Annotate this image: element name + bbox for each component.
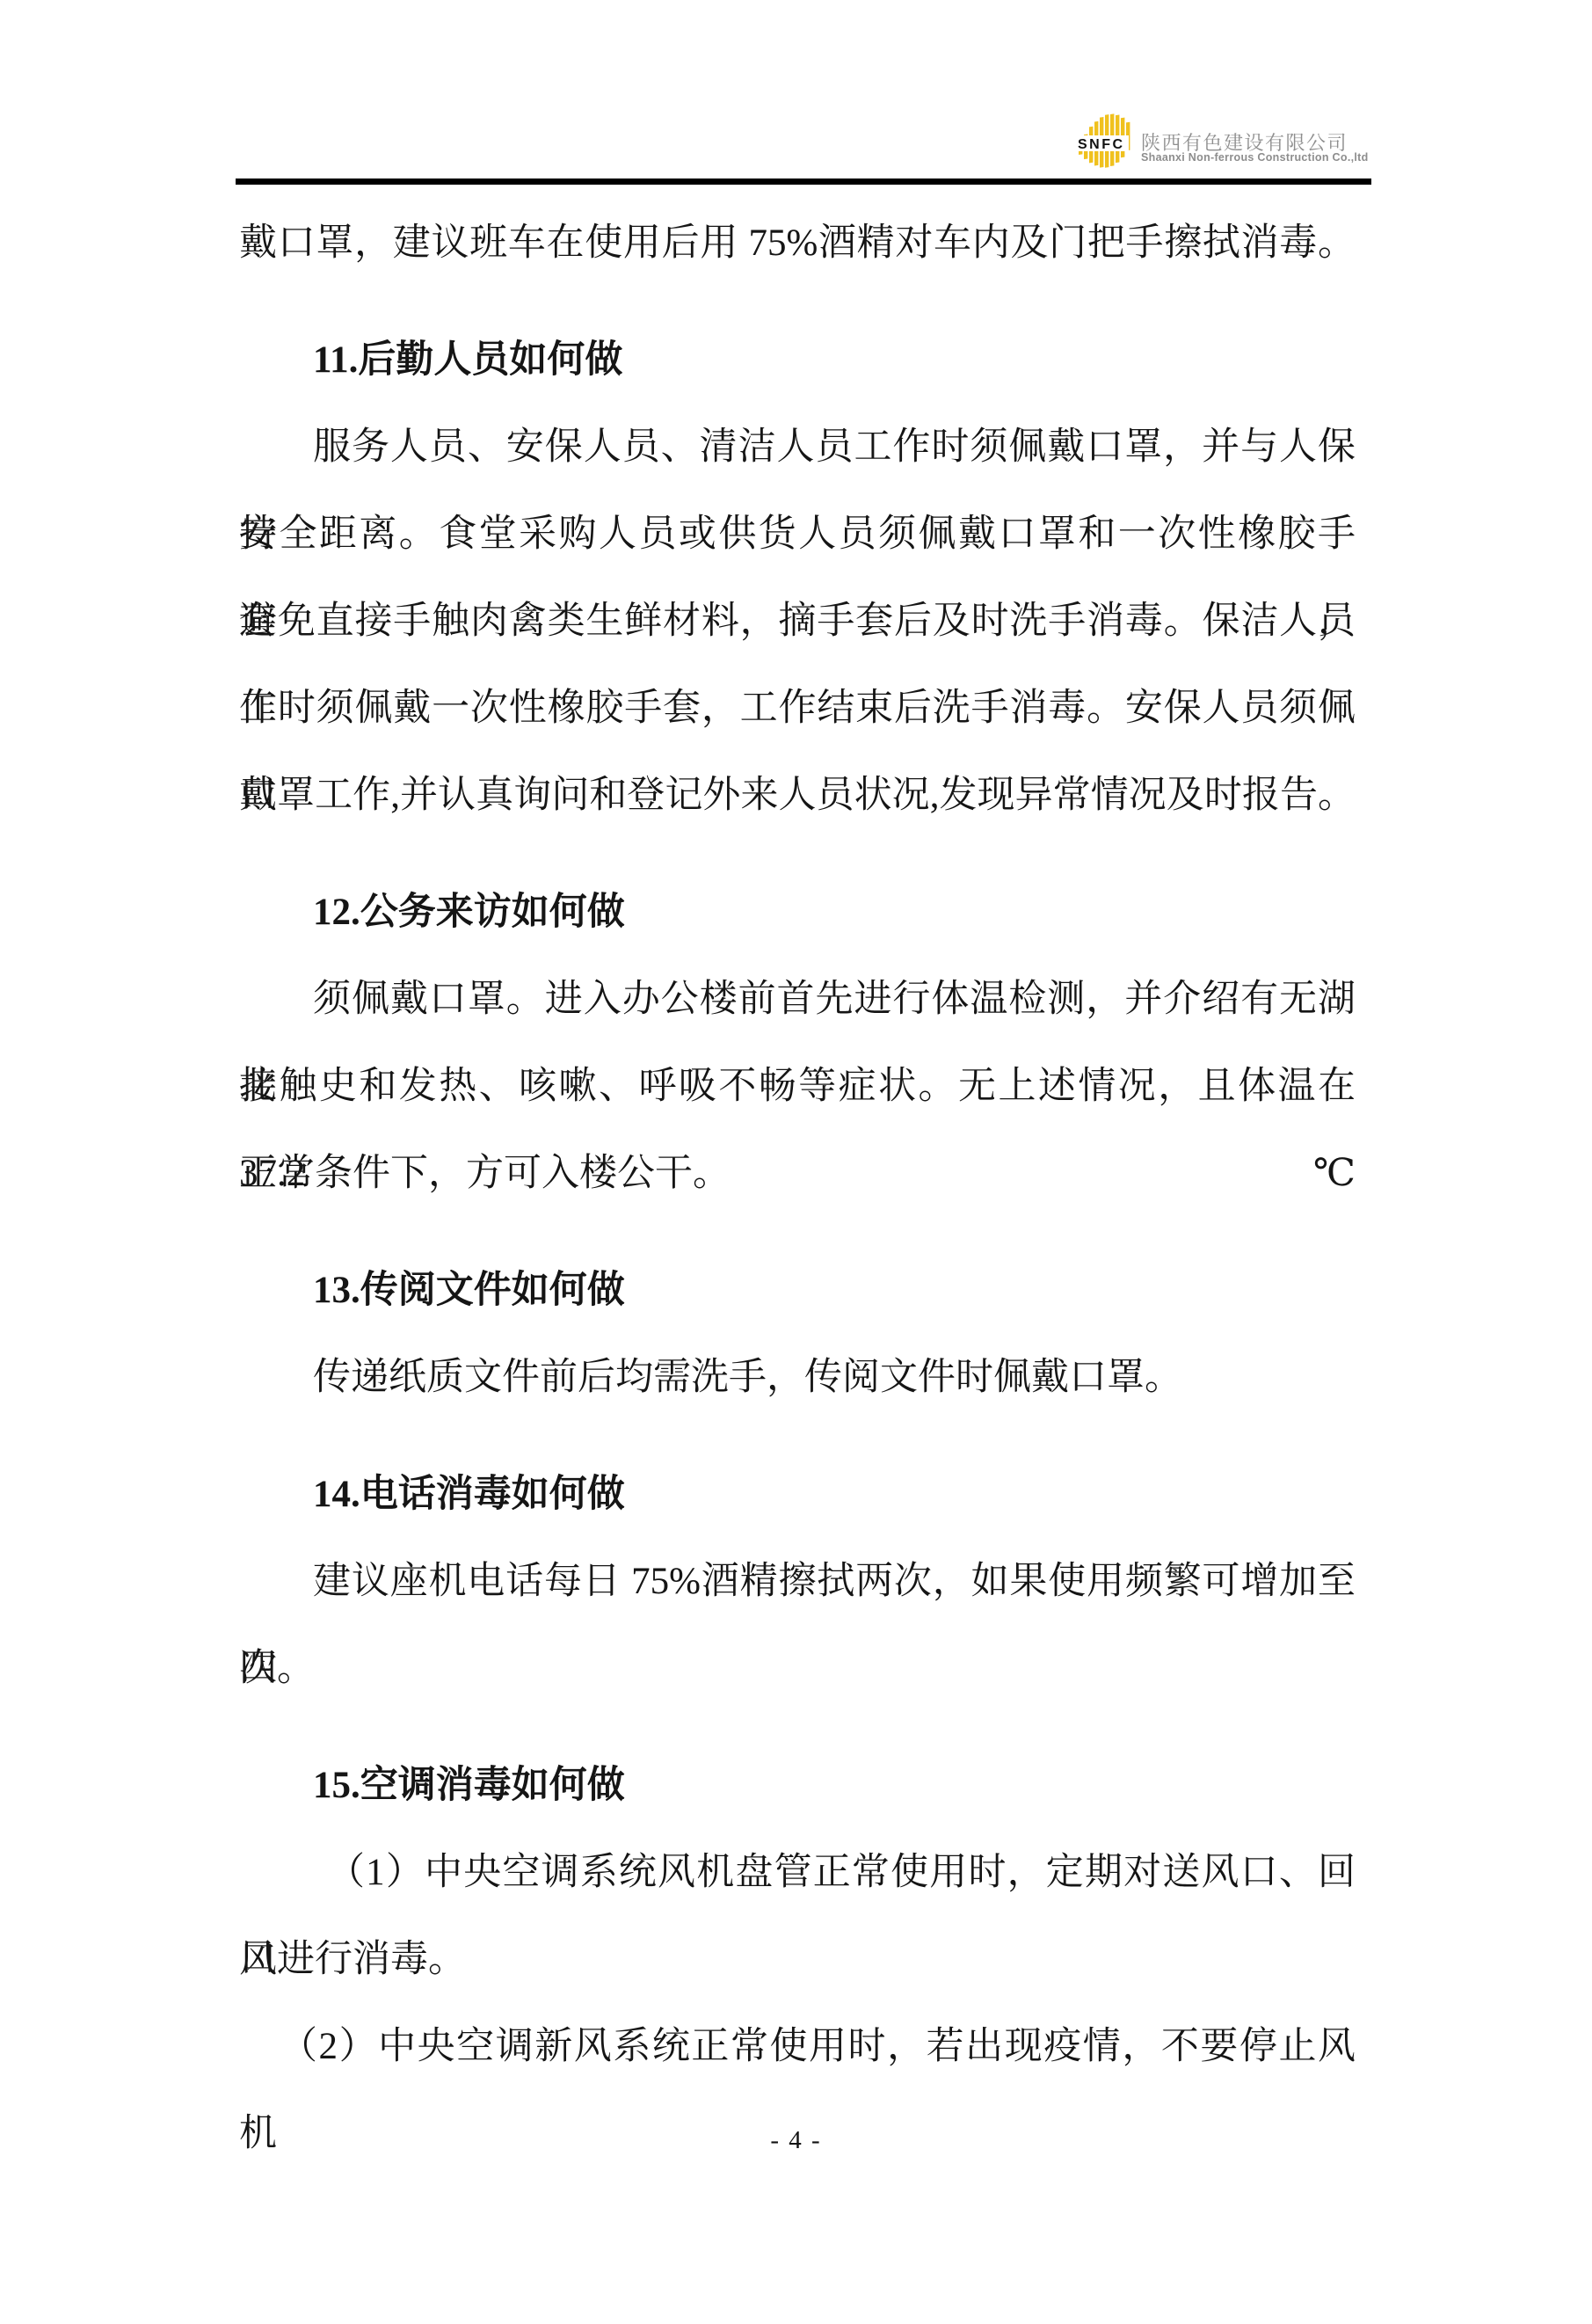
body-line-intro: 戴口罩，建议班车在使用后用 75%酒精对车内及门把手擦拭消毒。 [239, 200, 1356, 287]
body-line: 作时须佩戴一次性橡胶手套，工作结束后洗手消毒。安保人员须佩戴 [239, 665, 1356, 752]
body-line: 建议座机电话每日 75%酒精擦拭两次，如果使用频繁可增加至四 [239, 1538, 1356, 1625]
header-divider [236, 178, 1371, 185]
body-line: 传递纸质文件前后均需洗手，传阅文件时佩戴口罩。 [239, 1334, 1356, 1421]
document-body: 戴口罩，建议班车在使用后用 75%酒精对车内及门把手擦拭消毒。 11.后勤人员如… [239, 200, 1356, 2090]
section-heading-12: 12.公务来访如何做 [239, 869, 1356, 956]
body-line: 安全距离。食堂采购人员或供货人员须佩戴口罩和一次性橡胶手套， [239, 491, 1356, 578]
body-line: 口罩工作,并认真询问和登记外来人员状况,发现异常情况及时报告。 [239, 752, 1356, 839]
page-number: - 4 - [0, 2126, 1592, 2155]
section-heading-14: 14.电话消毒如何做 [239, 1451, 1356, 1538]
section-heading-13: 13.传阅文件如何做 [239, 1247, 1356, 1334]
company-name-en: Shaanxi Non-ferrous Construction Co.,ltd [1141, 151, 1369, 164]
body-line: 口进行消毒。 [239, 1916, 1356, 2003]
document-page: SNFC 陕西有色建设有限公司 Shaanxi Non-ferrous Cons… [0, 0, 1592, 2324]
section-heading-11: 11.后勤人员如何做 [239, 317, 1356, 404]
snfc-logo-bars-icon: SNFC [1076, 109, 1139, 176]
snfc-logo-icon: SNFC [1076, 109, 1139, 180]
snfc-logo-abbr: SNFC [1078, 137, 1125, 152]
body-line: 避免直接手触肉禽类生鲜材料，摘手套后及时洗手消毒。保洁人员工 [239, 578, 1356, 665]
body-line: 接触史和发热、咳嗽、呼吸不畅等症状。无上述情况，且体温在 37.2℃ [239, 1043, 1356, 1130]
body-line: 服务人员、安保人员、清洁人员工作时须佩戴口罩，并与人保持 [239, 404, 1356, 491]
section-heading-15: 15.空调消毒如何做 [239, 1742, 1356, 1829]
body-line: （2）中央空调新风系统正常使用时，若出现疫情，不要停止风机 [239, 2003, 1356, 2090]
body-line: 须佩戴口罩。进入办公楼前首先进行体温检测，并介绍有无湖北 [239, 956, 1356, 1043]
body-line: （1）中央空调系统风机盘管正常使用时，定期对送风口、回风 [239, 1829, 1356, 1916]
body-line: 次。 [239, 1625, 1356, 1712]
